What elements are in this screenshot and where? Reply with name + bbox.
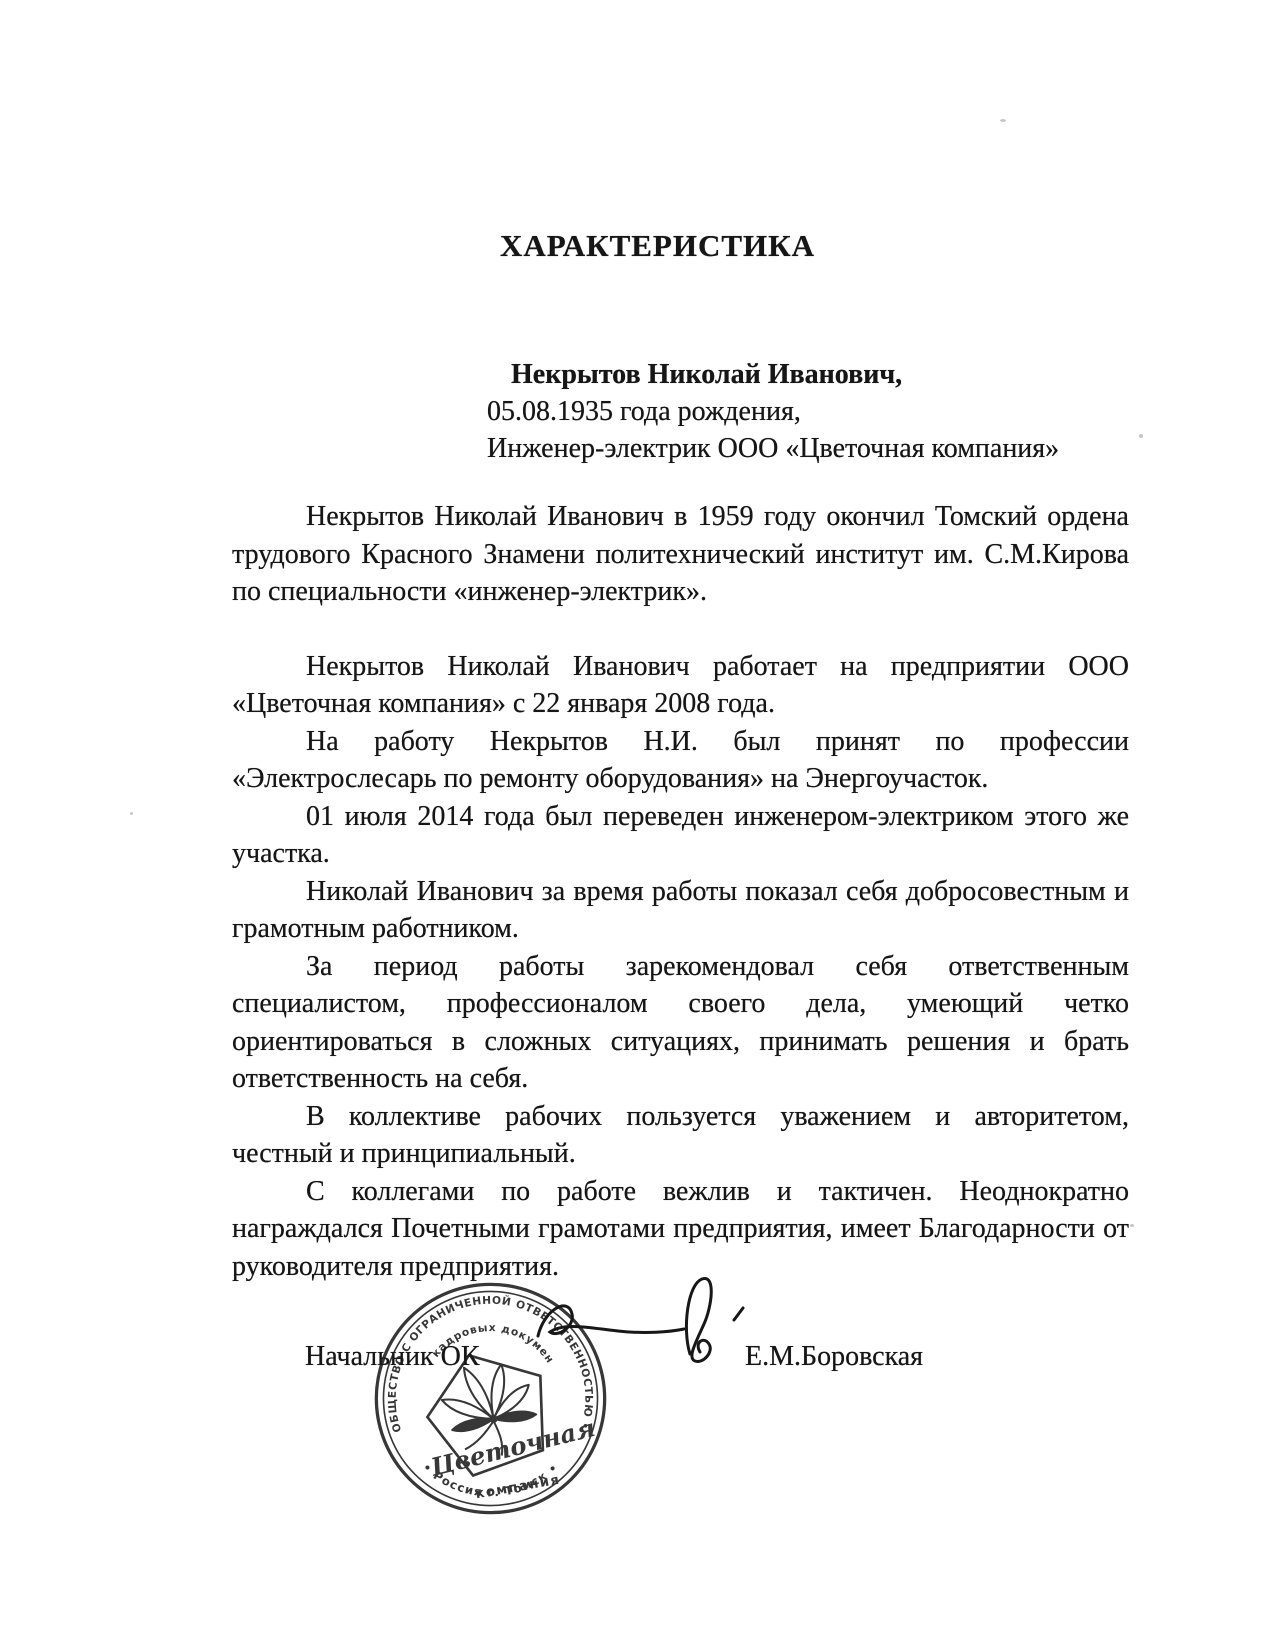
- body-paragraph: Некрытов Николай Иванович работает на пр…: [232, 648, 1129, 723]
- stamp-company-sub: компания: [474, 1473, 561, 1503]
- svg-text:• Россия г. Томск •: • Россия г. Томск •: [420, 1460, 561, 1499]
- stamp-company-script: Цветочная: [427, 1413, 598, 1482]
- document-body: Некрытов Николай Иванович в 1959 году ок…: [232, 498, 1129, 1285]
- body-paragraph: За период работы зарекомендовал себя отв…: [232, 948, 1129, 1098]
- recipient-birthdate: 05.08.1935 года рождения,: [487, 396, 801, 427]
- stamp-inner-ring: [383, 1291, 597, 1505]
- signer-name: Е.М.Боровская: [745, 1341, 923, 1373]
- scan-speck: [1000, 119, 1006, 122]
- scan-speck: [1130, 1224, 1134, 1227]
- body-paragraph: 01 июля 2014 года был переведен инженеро…: [232, 798, 1129, 873]
- recipient-position: Инженер-электрик ООО «Цветочная компания…: [487, 433, 1059, 464]
- body-paragraph: Николай Иванович за время работы показал…: [232, 873, 1129, 948]
- stamp-city-text: • Россия г. Томск •: [420, 1460, 561, 1499]
- signature-row: Начальник ОК Е.М.Боровская: [305, 1341, 1275, 1383]
- recipient-block: Некрытов Николай Иванович, 05.08.1935 го…: [487, 356, 1275, 467]
- body-paragraph: С коллегами по работе вежлив и тактичен.…: [232, 1173, 1129, 1286]
- stamp-graphic: ОБЩЕСТВО С ОГРАНИЧЕННОЙ ОТВЕТСТВЕННОСТЬЮ…: [358, 1266, 623, 1531]
- body-paragraph: На работу Некрытов Н.И. был принят по пр…: [232, 723, 1129, 798]
- scan-speck: [130, 812, 133, 815]
- stamp-outer-ring: [376, 1284, 604, 1512]
- document-title: ХАРАКТЕРИСТИКА: [20, 228, 1275, 264]
- body-paragraph: Некрытов Николай Иванович в 1959 году ок…: [232, 498, 1129, 611]
- body-paragraph: В коллективе рабочих пользуется уважение…: [232, 1098, 1129, 1173]
- scan-speck: [1139, 434, 1143, 438]
- scanned-document-page: ХАРАКТЕРИСТИКА Некрытов Николай Иванович…: [0, 0, 1275, 1650]
- recipient-name: Некрытов Николай Иванович,: [487, 356, 1275, 393]
- signer-role: Начальник ОК: [305, 1341, 480, 1373]
- company-stamp: ОБЩЕСТВО С ОГРАНИЧЕННОЙ ОТВЕТСТВЕННОСТЬЮ…: [358, 1266, 623, 1531]
